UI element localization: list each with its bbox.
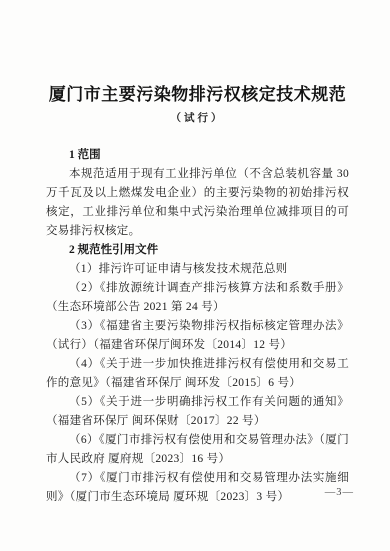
document-page: 厦门市主要污染物排污权核定技术规范 （试行） 1 范围 本规范适用于现有工业排污… [0,0,390,551]
reference-item-5: （5）《关于进一步明确排污权工作有关问题的通知》（福建省环保厅 闽环保财〔201… [46,393,349,431]
reference-item-3: （3）《福建省主要污染物排污权指标核定管理办法》（试行）（福建省环保厅闽环发〔2… [46,317,349,355]
reference-item-2: （2）《排放源统计调查产排污核算方法和系数手册》（生态环境部公告 2021 第 … [46,279,349,317]
document-content: 厦门市主要污染物排污权核定技术规范 （试行） 1 范围 本规范适用于现有工业排污… [46,84,349,507]
page-title: 厦门市主要污染物排污权核定技术规范 [46,84,349,105]
scope-paragraph: 本规范适用于现有工业排污单位（不含总装机容量 30 万千瓦及以上燃煤发电企业）的… [46,165,349,241]
page-subtitle: （试行） [46,110,349,125]
reference-item-6: （6）《厦门市排污权有偿使用和交易管理办法》（厦门市人民政府 厦府规〔2023〕… [46,431,349,469]
section-heading-scope: 1 范围 [46,146,349,165]
reference-item-4: （4）《关于进一步加快推进排污权有偿使用和交易工作的意见》（福建省环保厅 闽环发… [46,355,349,393]
page-number: —3— [325,487,354,498]
reference-item-1: （1）排污许可证申请与核发技术规范总则 [46,260,349,279]
reference-item-7: （7）《厦门市排污权有偿使用和交易管理办法实施细则》（厦门市生态环境局 厦环规〔… [46,469,349,507]
section-heading-references: 2 规范性引用文件 [46,241,349,260]
